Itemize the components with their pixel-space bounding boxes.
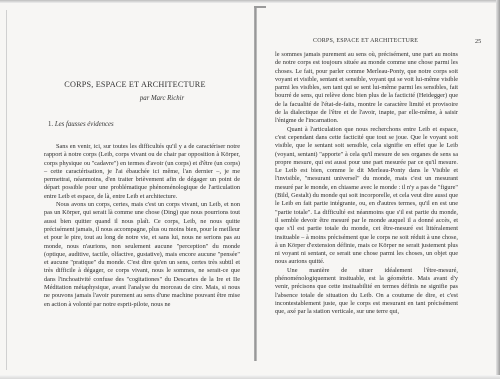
scan-right-edge <box>496 0 500 379</box>
paragraph: Une manière de situer idéalement l'être-… <box>275 267 458 317</box>
right-page-body: le sommes jamais purement au sens où, pr… <box>275 51 458 317</box>
paragraph: Sans en venir, ici, sur toutes les diffi… <box>44 143 240 201</box>
right-page: CORPS, ESPACE ET ARCHITECTURE 25 le somm… <box>275 0 455 379</box>
paragraph: Quant à l'articulation que nous recherch… <box>275 126 458 267</box>
section-number: 1. <box>48 121 53 128</box>
article-author: par Marc Richir <box>102 95 222 102</box>
left-page-body: Sans en venir, ici, sur toutes les diffi… <box>44 143 240 309</box>
paragraph: le sommes jamais purement au sens où, pr… <box>275 51 458 126</box>
book-spread: CORPS, ESPACE ET ARCHITECTURE par Marc R… <box>0 0 500 379</box>
page-number: 25 <box>475 38 481 45</box>
running-head: CORPS, ESPACE ET ARCHITECTURE <box>313 38 418 44</box>
article-title: CORPS, ESPACE ET ARCHITECTURE <box>45 80 225 89</box>
gutter-shadow <box>254 6 266 8</box>
left-page: CORPS, ESPACE ET ARCHITECTURE par Marc R… <box>30 0 228 379</box>
page-edge-line <box>6 10 7 370</box>
paragraph: Nous avons un corps, certes, mais c'est … <box>44 201 240 309</box>
book-gutter <box>254 6 257 361</box>
section-heading: 1. Les fausses évidences <box>48 121 114 128</box>
section-title: Les fausses évidences <box>55 121 114 128</box>
